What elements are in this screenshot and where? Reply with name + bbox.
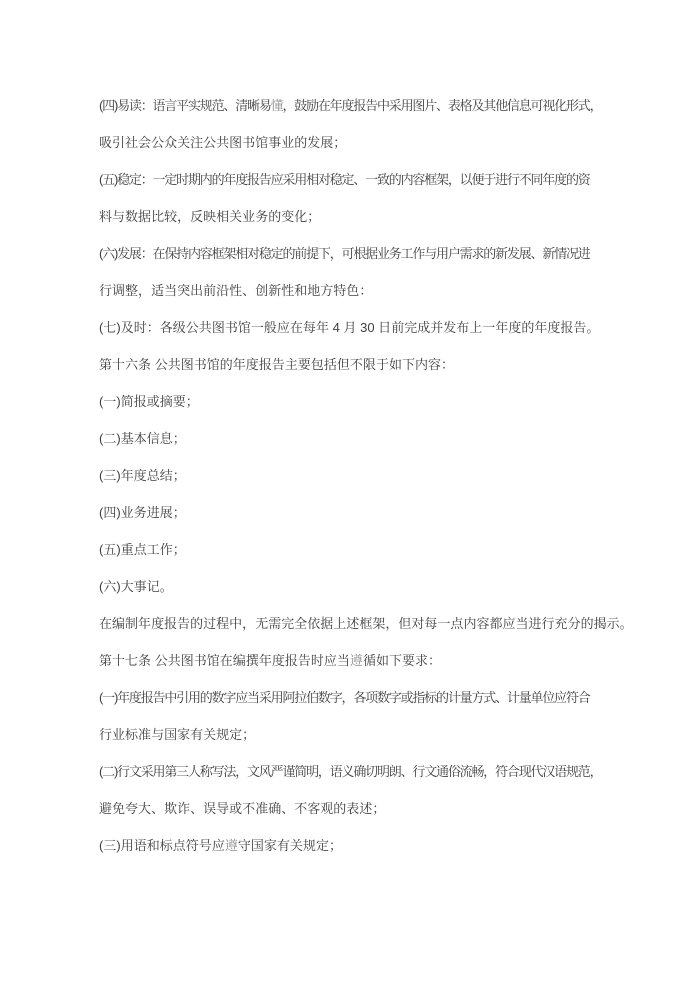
text-line: 第十七条 公共图书馆在编撰年度报告时应当遵循如下要求： (99, 642, 615, 679)
paragraph: (五)重点工作； (99, 531, 615, 568)
text-line: (六)发展：在保持内容框架相对稳定的前提下，可根据业务工作与用户需求的新发展、新… (99, 235, 615, 272)
text-line: 行调整，适当突出前沿性、创新性和地方特色： (99, 272, 615, 309)
paragraph: 在编制年度报告的过程中，无需完全依据上述框架，但对每一点内容都应当进行充分的揭示… (99, 605, 615, 642)
paragraph: (四)易读：语言平实规范、清晰易懂，鼓励在年度报告中采用图片、表格及其他信息可视… (99, 87, 615, 161)
text-line: (二)行文采用第三人称写法，文风严谨简明，语义确切明朗、行文通俗流畅，符合现代汉… (99, 753, 615, 790)
paragraph: (六)大事记。 (99, 568, 615, 605)
light-char: 遵 (225, 838, 238, 853)
text-line: 在编制年度报告的过程中，无需完全依据上述框架，但对每一点内容都应当进行充分的揭示… (99, 605, 615, 642)
text-line: 避免夸大、欺诈、误导或不准确、不客观的表述； (99, 790, 615, 827)
paragraph: (一)简报或摘要； (99, 383, 615, 420)
text-line: 行业标准与国家有关规定； (99, 716, 615, 753)
paragraph: 第十六条 公共图书馆的年度报告主要包括但不限于如下内容： (99, 346, 615, 383)
paragraph: (三)年度总结； (99, 457, 615, 494)
paragraph: (四)业务进展； (99, 494, 615, 531)
text-line: (三)用语和标点符号应遵守国家有关规定； (99, 827, 615, 864)
text-line: (四)易读：语言平实规范、清晰易懂，鼓励在年度报告中采用图片、表格及其他信息可视… (99, 87, 615, 124)
light-char: 遵 (350, 653, 363, 668)
text-line: 第十六条 公共图书馆的年度报告主要包括但不限于如下内容： (99, 346, 615, 383)
paragraph: (七)及时：各级公共图书馆一般应在每年 4 月 30 日前完成并发布上一年度的年… (99, 309, 615, 346)
paragraph: (二)行文采用第三人称写法，文风严谨简明，语义确切明朗、行文通俗流畅，符合现代汉… (99, 753, 615, 827)
text-line: (一)简报或摘要； (99, 383, 615, 420)
text-line: (四)业务进展； (99, 494, 615, 531)
text-line: (六)大事记。 (99, 568, 615, 605)
text-line: 料与数据比较，反映相关业务的变化； (99, 198, 615, 235)
paragraph: (五)稳定：一定时期内的年度报告应采用相对稳定、一致的内容框架，以便于进行不同年… (99, 161, 615, 235)
paragraph: (三)用语和标点符号应遵守国家有关规定； (99, 827, 615, 864)
document-page: (四)易读：语言平实规范、清晰易懂，鼓励在年度报告中采用图片、表格及其他信息可视… (0, 0, 700, 990)
text-line: (二)基本信息； (99, 420, 615, 457)
text-line: (五)重点工作； (99, 531, 615, 568)
text-line: (五)稳定：一定时期内的年度报告应采用相对稳定、一致的内容框架，以便于进行不同年… (99, 161, 615, 198)
paragraph: 第十七条 公共图书馆在编撰年度报告时应当遵循如下要求： (99, 642, 615, 679)
light-char: 懂 (271, 98, 283, 113)
document-text-block: (四)易读：语言平实规范、清晰易懂，鼓励在年度报告中采用图片、表格及其他信息可视… (99, 87, 615, 864)
text-line: (一)年度报告中引用的数字应当采用阿拉伯数字，各项数字或指标的计量方式、计量单位… (99, 679, 615, 716)
text-line: 吸引社会公众关注公共图书馆事业的发展； (99, 124, 615, 161)
text-line: (七)及时：各级公共图书馆一般应在每年 4 月 30 日前完成并发布上一年度的年… (99, 309, 615, 346)
paragraph: (二)基本信息； (99, 420, 615, 457)
paragraph: (一)年度报告中引用的数字应当采用阿拉伯数字，各项数字或指标的计量方式、计量单位… (99, 679, 615, 753)
paragraph: (六)发展：在保持内容框架相对稳定的前提下，可根据业务工作与用户需求的新发展、新… (99, 235, 615, 309)
text-line: (三)年度总结； (99, 457, 615, 494)
